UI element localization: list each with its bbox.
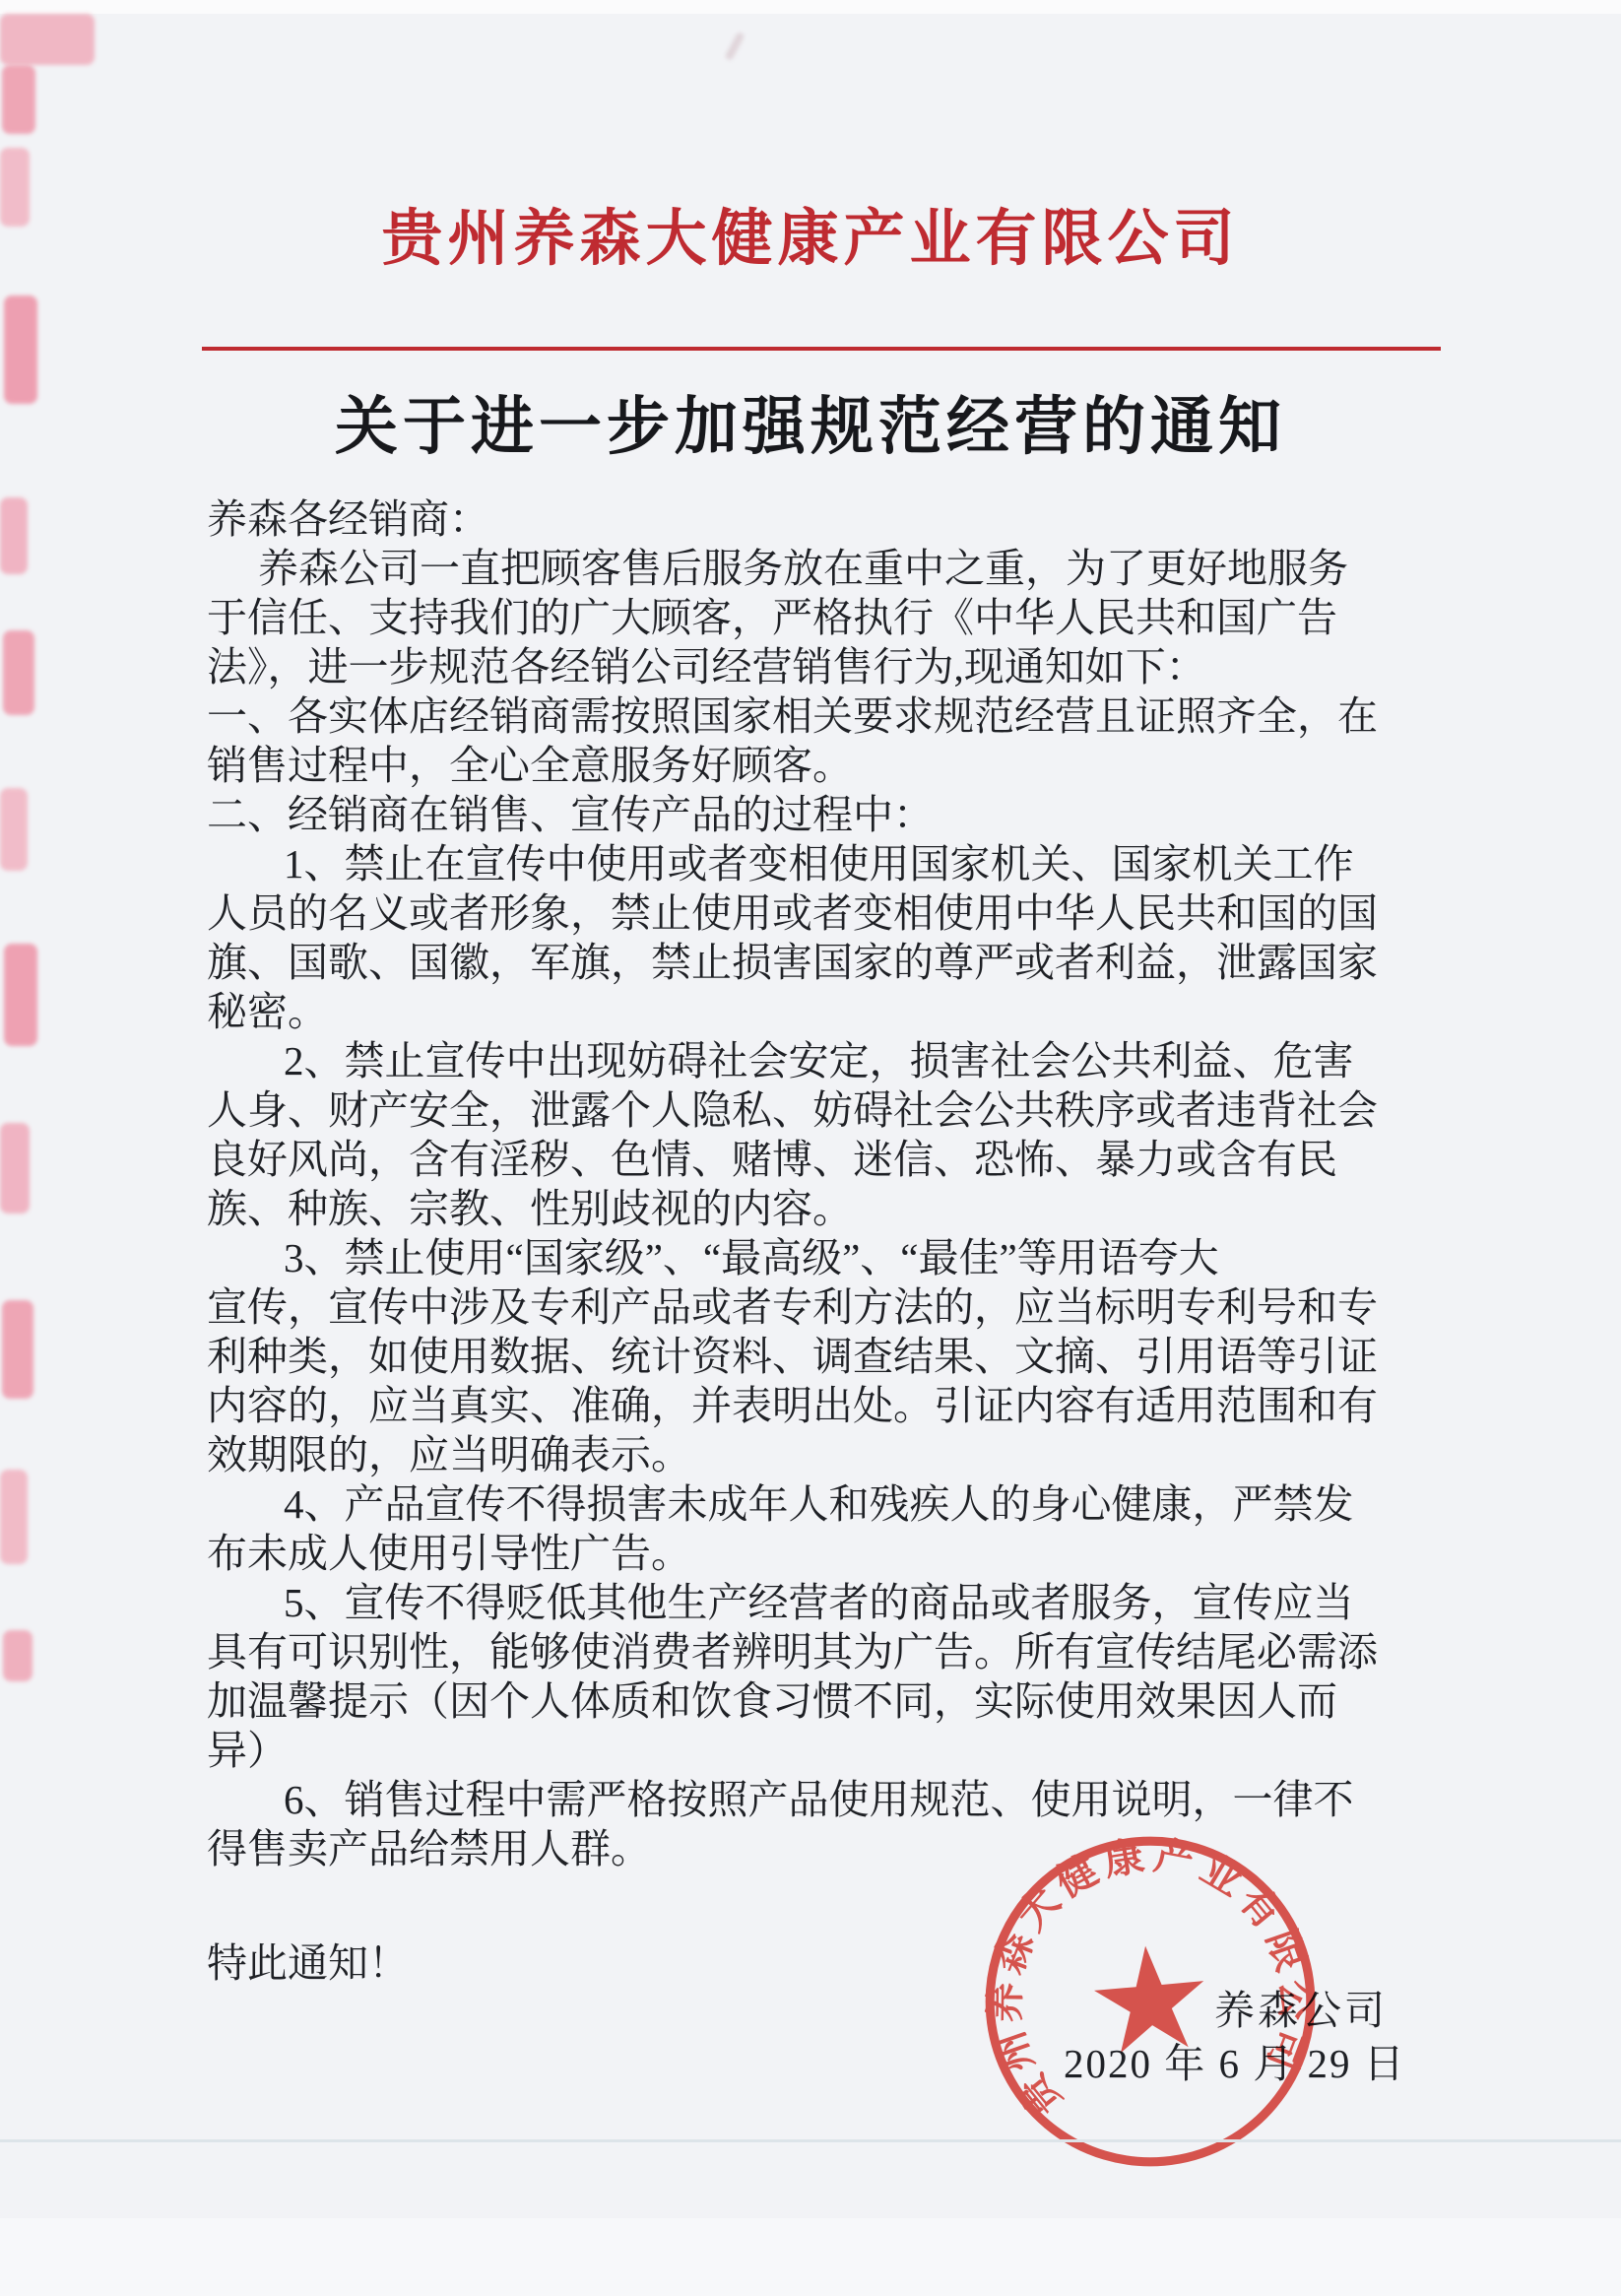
body-line: 加温馨提示（因个人体质和饮食习惯不同，实际使用效果因人而 <box>207 1676 1418 1726</box>
body-line: 效期限的，应当明确表示。 <box>207 1430 1418 1479</box>
body-line: 旗、国歌、国徽，军旗，禁止损害国家的尊严或者利益，泄露国家 <box>207 938 1418 987</box>
scan-bottom-band <box>0 2218 1621 2296</box>
body-line: 1、禁止在宣传中使用或者变相使用国家机关、国家机关工作 <box>207 839 1418 888</box>
header-divider-line <box>202 347 1441 351</box>
scan-artifact <box>0 14 95 65</box>
company-seal-stamp: 贵州养森大健康产业有限公司 <box>956 1807 1344 2196</box>
body-line: 秘密。 <box>207 987 1418 1036</box>
scan-edge-line <box>0 2139 1621 2142</box>
body-line: 5、宣传不得贬低其他生产经营者的商品或者服务，宣传应当 <box>207 1578 1418 1627</box>
scanned-notice-page: 贵州养森大健康产业有限公司 关于进一步加强规范经营的通知 养森各经销商： 养森公… <box>0 0 1621 2296</box>
scan-artifact <box>0 497 28 574</box>
scan-artifact <box>3 630 34 715</box>
body-line: 利种类，如使用数据、统计资料、调查结果、文摘、引用语等引证 <box>207 1332 1418 1381</box>
company-header: 贵州养森大健康产业有限公司 <box>0 189 1621 277</box>
body-line: 良好风尚，含有淫秽、色情、赌博、迷信、恐怖、暴力或含有民 <box>207 1135 1418 1184</box>
scan-artifact <box>3 1630 32 1681</box>
scan-artifact <box>2 1300 33 1399</box>
scan-artifact <box>4 944 37 1046</box>
body-line: 异） <box>207 1726 1418 1775</box>
body-line: 2、禁止宣传中出现妨碍社会安定，损害社会公共利益、危害 <box>207 1036 1418 1085</box>
closing-line: 特此通知！ <box>207 1938 409 1988</box>
body-line: 养森公司一直把顾客售后服务放在重中之重，为了更好地服务 <box>207 544 1418 593</box>
body-line: 法》，进一步规范各经销公司经营销售行为,现通知如下： <box>207 642 1418 691</box>
body-line: 人身、财产安全，泄露个人隐私、妨碍社会公共秩序或者违背社会 <box>207 1085 1418 1135</box>
scan-artifact <box>0 788 28 871</box>
document-title: 关于进一步加强规范经营的通知 <box>0 376 1621 467</box>
scan-artifact <box>0 1470 28 1564</box>
scan-artifact <box>2 65 35 134</box>
body-line: 于信任、支持我们的广大顾客，严格执行《中华人民共和国广告 <box>207 593 1418 642</box>
body-line: 族、种族、宗教、性别歧视的内容。 <box>207 1184 1418 1233</box>
body-line: 宣传，宣传中涉及专利产品或者专利方法的，应当标明专利号和专 <box>207 1282 1418 1332</box>
body-line: 人员的名义或者形象，禁止使用或者变相使用中华人民共和国的国 <box>207 888 1418 938</box>
body-line: 销售过程中，全心全意服务好顾客。 <box>207 741 1418 790</box>
seal-star-icon <box>1090 1941 1208 2055</box>
body-line: 3、禁止使用“国家级”、“最高级”、“最佳”等用语夸大 <box>207 1233 1418 1282</box>
body-line: 二、经销商在销售、宣传产品的过程中： <box>207 790 1418 839</box>
body-line: 布未成人使用引导性广告。 <box>207 1529 1418 1578</box>
body-line: 一、各实体店经销商需按照国家相关要求规范经营且证照齐全，在 <box>207 691 1418 741</box>
body-line: 4、产品宣传不得损害未成年人和残疾人的身心健康，严禁发 <box>207 1479 1418 1529</box>
scan-artifact <box>0 1123 30 1214</box>
notice-body: 养森公司一直把顾客售后服务放在重中之重，为了更好地服务于信任、支持我们的广大顾客… <box>207 544 1418 1873</box>
body-line: 内容的，应当真实、准确，并表明出处。引证内容有适用范围和有 <box>207 1381 1418 1430</box>
body-line: 具有可识别性，能够使消费者辨明其为广告。所有宣传结尾必需添 <box>207 1627 1418 1676</box>
salutation: 养森各经销商： <box>207 494 489 544</box>
scan-artifact <box>724 32 745 61</box>
